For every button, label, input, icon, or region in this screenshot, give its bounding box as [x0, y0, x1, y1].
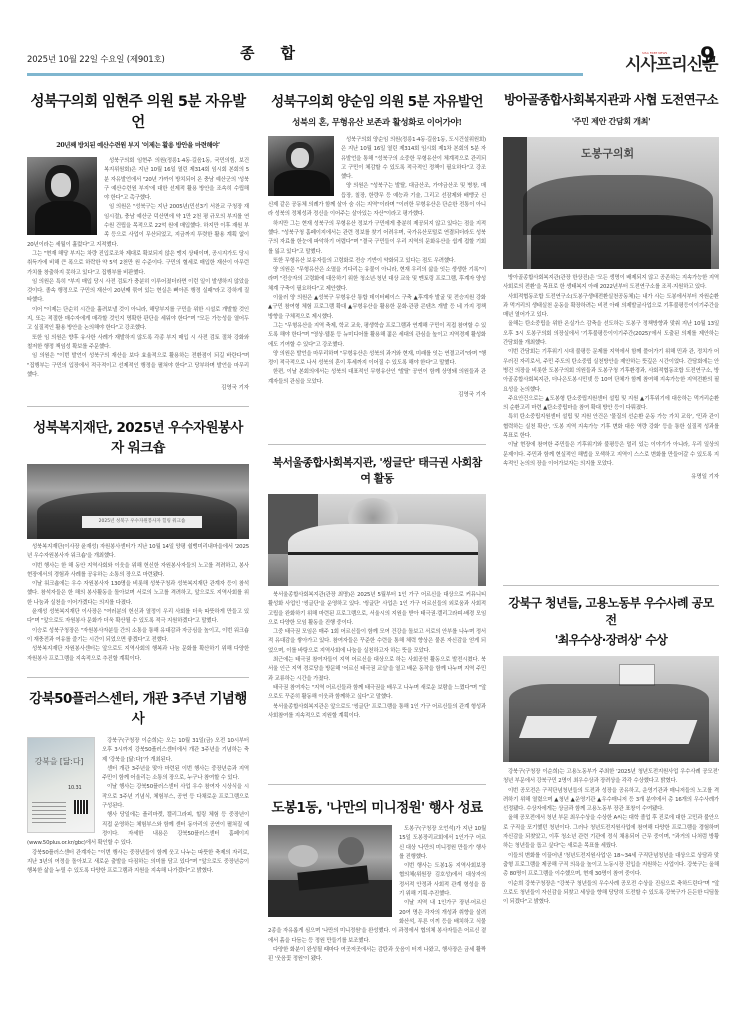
article-headline: 강북50플러스센터, 개관 3주년 기념행사 [27, 687, 249, 727]
article-paragraph: 사회적협동조합 도전연구소(도봉구생태전환실천공동체)는 내가 사는 도봉에서부… [503, 293, 719, 321]
photo-taichi-group [268, 494, 486, 586]
article-paragraph: 북서울종합사회복지관은 앞으로도 '씽글단' 프로그램을 통해 1인 가구 어르… [268, 703, 486, 722]
article-paragraph: 방아골종합사회복지관(관장 한상진)은 '모든 생명이 배제되지 않고 공존하는… [503, 274, 719, 293]
article-paragraph: 그는 "무형유산을 지역 축제, 학교 교육, 평생학습 프로그램과 연계해 구… [268, 322, 486, 350]
article-paragraph: 강북구(구청장 이순희)는 고용노동부가 주최한 '2025년 청년도전지원사업… [503, 768, 719, 787]
issue-date: 2025년 10월 22일 수요일 (제901호) [27, 53, 165, 65]
article-paragraph: 성북복지재단(이사장 윤재성) 자원봉사센터가 지난 10월 14일 양평 쉴뱅… [27, 543, 249, 562]
article-paragraph: 이순희 강북구청장은 "강북구 청년들의 우수사례 공모전 수상을 진심으로 축… [503, 880, 719, 908]
article-headline: 성북복지재단, 2025년 우수자원봉사자 워크숍 [27, 416, 249, 456]
article-divider [268, 784, 486, 785]
photo-council-meeting: 도봉구의회 [503, 137, 719, 269]
article-paragraph: 또한 임 의원은 향후 유사한 사례가 재발하지 않도록 각종 부지 매입 시 … [27, 334, 249, 353]
article-paragraph: 그는 "현재 해당 부지는 차량 진입로조차 제대로 확보되지 않은 맹지 상태… [27, 250, 249, 278]
article-byline: 김영국 기자 [268, 391, 486, 400]
article-headline: 방아골종합사회복지관과 사협 도전연구소 [503, 90, 719, 108]
article-body: 강북구(구청장 이순희)는 고용노동부가 주최한 '2025년 청년도전지원사업… [503, 768, 719, 907]
article-paragraph: 주요안건으로는 ▲도봉형 탄소중립지원센터 설립 및 지원 ▲기후위기에 대응하… [503, 395, 719, 414]
article-paragraph: 올해 공모전에서 청년 부문 최우수상을 수상한 A씨는 대학 졸업 후 진로에… [503, 814, 719, 851]
article-paragraph: 이울러 양 의원은 ▲성북구 무형유산 통합 데이터베이스 구축 ▲후계자 발굴… [268, 294, 486, 322]
article-lim-hyunju: 성북구의회 임현주 의원 5분 자유발언 20년째 방치된 예산수련원 부지 '… [27, 90, 249, 393]
article-headline-line2: '최우수상·장려상' 수상 [503, 631, 719, 648]
qr-code-icon [74, 800, 88, 814]
article-divider [268, 444, 486, 445]
article-body: 도봉구(구청장 오언석)가 지난 10월 15일 도봉장리교회에서 1인가구 어… [268, 825, 486, 964]
article-paragraph: 이날 워크숍에는 우수 자원봉사자 130명을 비롯해 성북구청과 성북복지재단… [27, 580, 249, 608]
article-paragraph: 다양한 화분이 완성될 때마다 여곳저곳에서는 감탄과 웃음이 터져 나왔고, … [268, 946, 486, 965]
article-divider [27, 677, 249, 678]
article-body: 북서울종합사회복지관(관장 최명)은 2025년 5월부터 1인 가구 어르신을… [268, 591, 486, 721]
article-paragraph: 태극권 참여자는 "지역 어르신들과 함께 태극권을 배우고 나누며 새로운 보… [268, 684, 486, 703]
article-headline: 성북구의회 임현주 의원 5분 자유발언 [27, 90, 249, 132]
article-paragraph: 이승로 성북구청장은 "자원봉사자분들 간의 소통을 통해 유대감과 자긍심을 … [27, 627, 249, 646]
article-paragraph: 이어 "이제는 단순히 시간을 흘려보낼 것이 아니라, 해당부지를 구민을 위… [27, 306, 249, 334]
article-paragraph: 북서울종합사회복지관(관장 최명)은 2025년 5월부터 1인 가구 어르신을… [268, 591, 486, 628]
section-title: 종합 [240, 42, 321, 63]
article-50plus-center: 강북50플러스센터, 개관 3주년 기념행사 강북을 [닮:다] 10.31 강… [27, 687, 249, 876]
article-volunteer-workshop: 성북복지재단, 2025년 우수자원봉사자 워크숍 2025년 성북구 우수자원… [27, 416, 249, 664]
article-singledan-taichi: 북서울종합사회복지관, '씽글단' 태극권 사회참여 활동 북서울종합사회복지관… [268, 454, 486, 721]
article-paragraph: 그중 태극권 모임은 매주 1회 어르신들이 함께 모여 건강을 돌보고 서로의… [268, 628, 486, 656]
page-number: 9 [700, 44, 715, 69]
article-paragraph: 또한 무형유산 보유자들의 고령화로 전승 기반이 약화되고 있다는 점도 우려… [268, 257, 486, 266]
article-subhead: '주민 제안 간담회 개최' [503, 116, 719, 127]
article-byline: 유명일 기자 [503, 473, 719, 482]
photo-youth-workshop [503, 656, 719, 762]
article-banghagol-dojeon: 방아골종합사회복지관과 사협 도전연구소 '주민 제안 간담회 개최' 도봉구의… [503, 90, 719, 483]
article-headline: 강북구 청년들, 고용노동부 우수사례 공모전 [503, 594, 719, 628]
header-rule [27, 73, 583, 76]
article-paragraph: 이들의 변화를 이끌어낸 '청년도전지원사업'은 18~34세 구직단념청년을 … [503, 852, 719, 880]
article-headline: 성북구의회 양순임 의원 5분 자유발언 [268, 90, 486, 110]
article-paragraph: 이번 간담회는 기후위기 시대 불평등 문제를 지역에서 함께 풀어가기 위해 … [503, 348, 719, 394]
photo-yang-sunim [268, 136, 334, 196]
article-body: 방아골종합사회복지관(관장 한상진)은 '모든 생명이 배제되지 않고 공존하는… [503, 274, 719, 483]
article-paragraph: 올해는 탄소중립을 위한 온실가스 감축을 선도하는 도봉구 정책방향과 맞춰 … [503, 320, 719, 348]
event-poster: 강북을 [닮:다] 10.31 [27, 737, 95, 833]
article-paragraph: 양 의원은 "무형유산은 소멸을 기다리는 유물이 아니라, 현재 우리의 삶을… [268, 266, 486, 294]
article-subhead: 성북의 혼, 무형유산 보존과 활성화로 이어가야! [268, 116, 486, 128]
article-paragraph: 하지만 그는 현재 성북구의 무형유산 정보가 구민에게 충분히 제공되지 않고… [268, 220, 486, 257]
article-body: 성북복지재단(이사장 윤재성) 자원봉사센터가 지난 10월 14일 양평 쉴뱅… [27, 543, 249, 664]
article-paragraph: 이번 행사는 한 해 동안 지역사회와 이웃을 위해 헌신한 자원봉사자들의 노… [27, 562, 249, 581]
photo-mini-garden [268, 825, 392, 917]
poster-title: 강북을 [닮:다] [34, 756, 84, 767]
article-paragraph: 양 의원은 발언을 마무리하며 "무형유산은 성북의 과거와 현재, 미래를 잇… [268, 350, 486, 369]
article-body: 강북을 [닮:다] 10.31 강북구(구청장 이순희)는 오는 10월 31일… [27, 737, 249, 876]
article-paragraph: 특히 탄소중립지원센터 설립 및 지원 안건은 '물질의 선순환 운동 가능 가… [503, 413, 719, 441]
article-body: 성북구의회 임현주 의원(정릉1·4동·길음1동, 국민의힘, 보건복지위원회)… [27, 157, 249, 393]
article-subhead: 20년째 방치된 예산수련원 부지 '이제는 활용 방안을 마련해야' [27, 140, 249, 149]
council-sign: 도봉구의회 [581, 145, 634, 161]
photo-volunteer-group: 2025년 성북구 우수자원봉사자 힐링 워크숍 [27, 464, 249, 539]
article-gangbuk-youth-award: 강북구 청년들, 고용노동부 우수사례 공모전 '최우수상·장려상' 수상 강북… [503, 594, 719, 907]
article-headline: 북서울종합사회복지관, '씽글단' 태극권 사회참여 활동 [268, 454, 486, 486]
article-paragraph: 윤재성 성북복지재단 이사장은 "여러분의 헌신과 열정이 우리 사회를 더욱 … [27, 608, 249, 627]
article-divider [27, 406, 249, 407]
article-paragraph: 최근에는 태극권 참여자들이 지역 어르신을 대상으로 하는 사회공헌 활동으로… [268, 656, 486, 684]
article-paragraph: 이번 공모전은 구직단념청년들의 도전과 성장을 공유하고, 운영기관과 매니저… [503, 787, 719, 815]
article-paragraph: 한편, 이날 본회의에서는 성북의 대표적인 무형유산인 '발탈' 공연이 함께… [268, 368, 486, 387]
article-body: 성북구의회 양순임 의원(정릉1·4동·길음1동, 도시건설위원회)은 지난 1… [268, 136, 486, 400]
article-paragraph: 성북복지재단 자원봉사센터는 앞으로도 지역사회의 행복과 나눔 문화를 확산하… [27, 645, 249, 664]
workshop-banner: 2025년 성북구 우수자원봉사자 힐링 워크숍 [82, 516, 202, 528]
article-headline: 도봉1동, '나만의 미니정원' 행사 성료 [268, 796, 486, 816]
article-divider [503, 585, 719, 586]
article-paragraph: 이날 현장에 참여한 주민들은 기후위기와 불평등은 멀리 있는 이야기가 아니… [503, 441, 719, 469]
article-paragraph: 임 의원은 특히 "부지 매입 당시 사전 검토가 충분히 이루어졌더라면 이런… [27, 278, 249, 306]
article-paragraph: 강북50플러스센터 관계자는 "이번 행사는 중장년들이 함께 웃고 나누는 따… [27, 849, 249, 877]
article-byline: 김영국 기자 [27, 384, 249, 393]
article-mini-garden: 도봉1동, '나만의 미니정원' 행사 성료 도봉구(구청장 오언석)가 지난 … [268, 796, 486, 964]
photo-lim-hyunju [27, 157, 97, 235]
poster-date: 10.31 [68, 784, 82, 793]
article-yang-sunim: 성북구의회 양순임 의원 5분 자유발언 성북의 혼, 무형유산 보존과 활성화… [268, 90, 486, 400]
masthead: 2025년 10월 22일 수요일 (제901호) 종합 SISA FREE N… [0, 0, 743, 80]
article-paragraph: 임 의원은 "이번 발언이 성북구의 재산을 보다 효율적으로 활용하는 전환점… [27, 352, 249, 380]
